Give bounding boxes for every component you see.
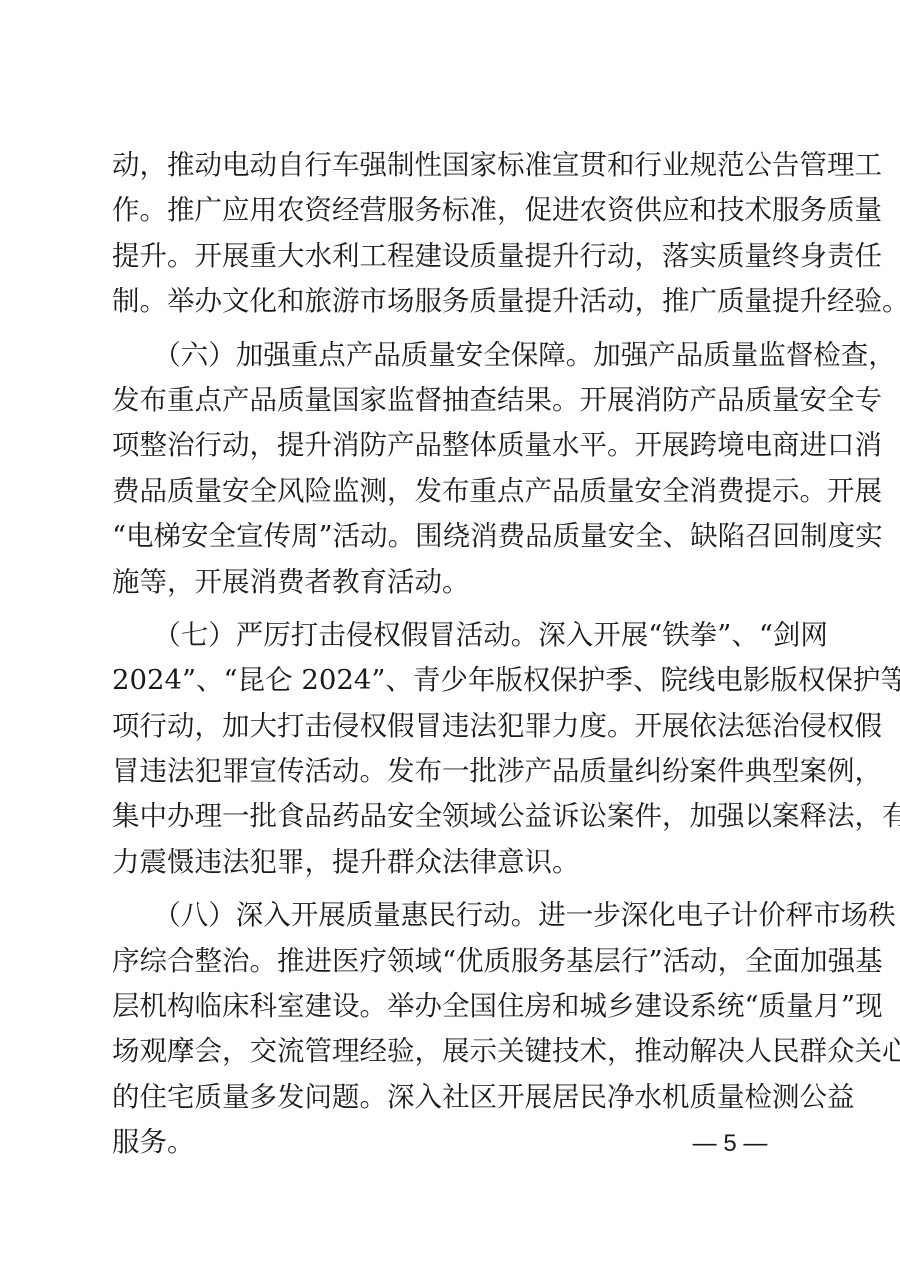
- paragraph-section-6: （六）加强重点产品质量安全保障。加强产品质量监督检查， 发布重点产品质量国家监督…: [112, 333, 800, 605]
- text-line: （六）加强重点产品质量安全保障。加强产品质量监督检查，: [112, 333, 800, 378]
- text-line: 2024”、“昆仑 2024”、青少年版权保护季、院线电影版权保护等专: [112, 658, 800, 703]
- text-line: （七）严厉打击侵权假冒活动。深入开展“铁拳”、“剑网: [112, 613, 800, 658]
- text-line: 费品质量安全风险监测，发布重点产品质量安全消费提示。开展: [112, 469, 800, 514]
- text-line: 冒违法犯罪宣传活动。发布一批涉产品质量纠纷案件典型案例，: [112, 749, 800, 794]
- text-line: 的住宅质量多发问题。深入社区开展居民净水机质量检测公益: [112, 1075, 800, 1120]
- text-line: 动，推动电动自行车强制性国家标准宣贯和行业规范公告管理工: [112, 143, 800, 188]
- text-line: 项行动，加大打击侵权假冒违法犯罪力度。开展依法惩治侵权假: [112, 704, 800, 749]
- text-line: 序综合整治。推进医疗领域“优质服务基层行”活动，全面加强基: [112, 939, 800, 984]
- text-line: 集中办理一批食品药品安全领域公益诉讼案件，加强以案释法，有: [112, 794, 800, 839]
- paragraph-section-7: （七）严厉打击侵权假冒活动。深入开展“铁拳”、“剑网 2024”、“昆仑 202…: [112, 613, 800, 885]
- text-line: 制。举办文化和旅游市场服务质量提升活动，推广质量提升经验。: [112, 279, 800, 324]
- text-line: 作。推广应用农资经营服务标准，促进农资供应和技术服务质量: [112, 188, 800, 233]
- text-line: 提升。开展重大水利工程建设质量提升行动，落实质量终身责任: [112, 234, 800, 279]
- text-line: 场观摩会，交流管理经验，展示关键技术，推动解决人民群众关心: [112, 1029, 800, 1074]
- text-line: 项整治行动，提升消防产品整体质量水平。开展跨境电商进口消: [112, 423, 800, 468]
- text-line: 层机构临床科室建设。举办全国住房和城乡建设系统“质量月”现: [112, 984, 800, 1029]
- document-body: 动，推动电动自行车强制性国家标准宣贯和行业规范公告管理工 作。推广应用农资经营服…: [112, 143, 800, 1166]
- text-line: 力震慑违法犯罪，提升群众法律意识。: [112, 840, 800, 885]
- text-line: “电梯安全宣传周”活动。围绕消费品质量安全、缺陷召回制度实: [112, 514, 800, 559]
- text-line: 施等，开展消费者教育活动。: [112, 560, 800, 605]
- text-line: （八）深入开展质量惠民行动。进一步深化电子计价秤市场秩: [112, 893, 800, 938]
- text-line: 发布重点产品质量国家监督抽查结果。开展消防产品质量安全专: [112, 378, 800, 423]
- page-number: — 5 —: [680, 1130, 780, 1158]
- paragraph-section-8: （八）深入开展质量惠民行动。进一步深化电子计价秤市场秩 序综合整治。推进医疗领域…: [112, 893, 800, 1165]
- paragraph-continuation: 动，推动电动自行车强制性国家标准宣贯和行业规范公告管理工 作。推广应用农资经营服…: [112, 143, 800, 325]
